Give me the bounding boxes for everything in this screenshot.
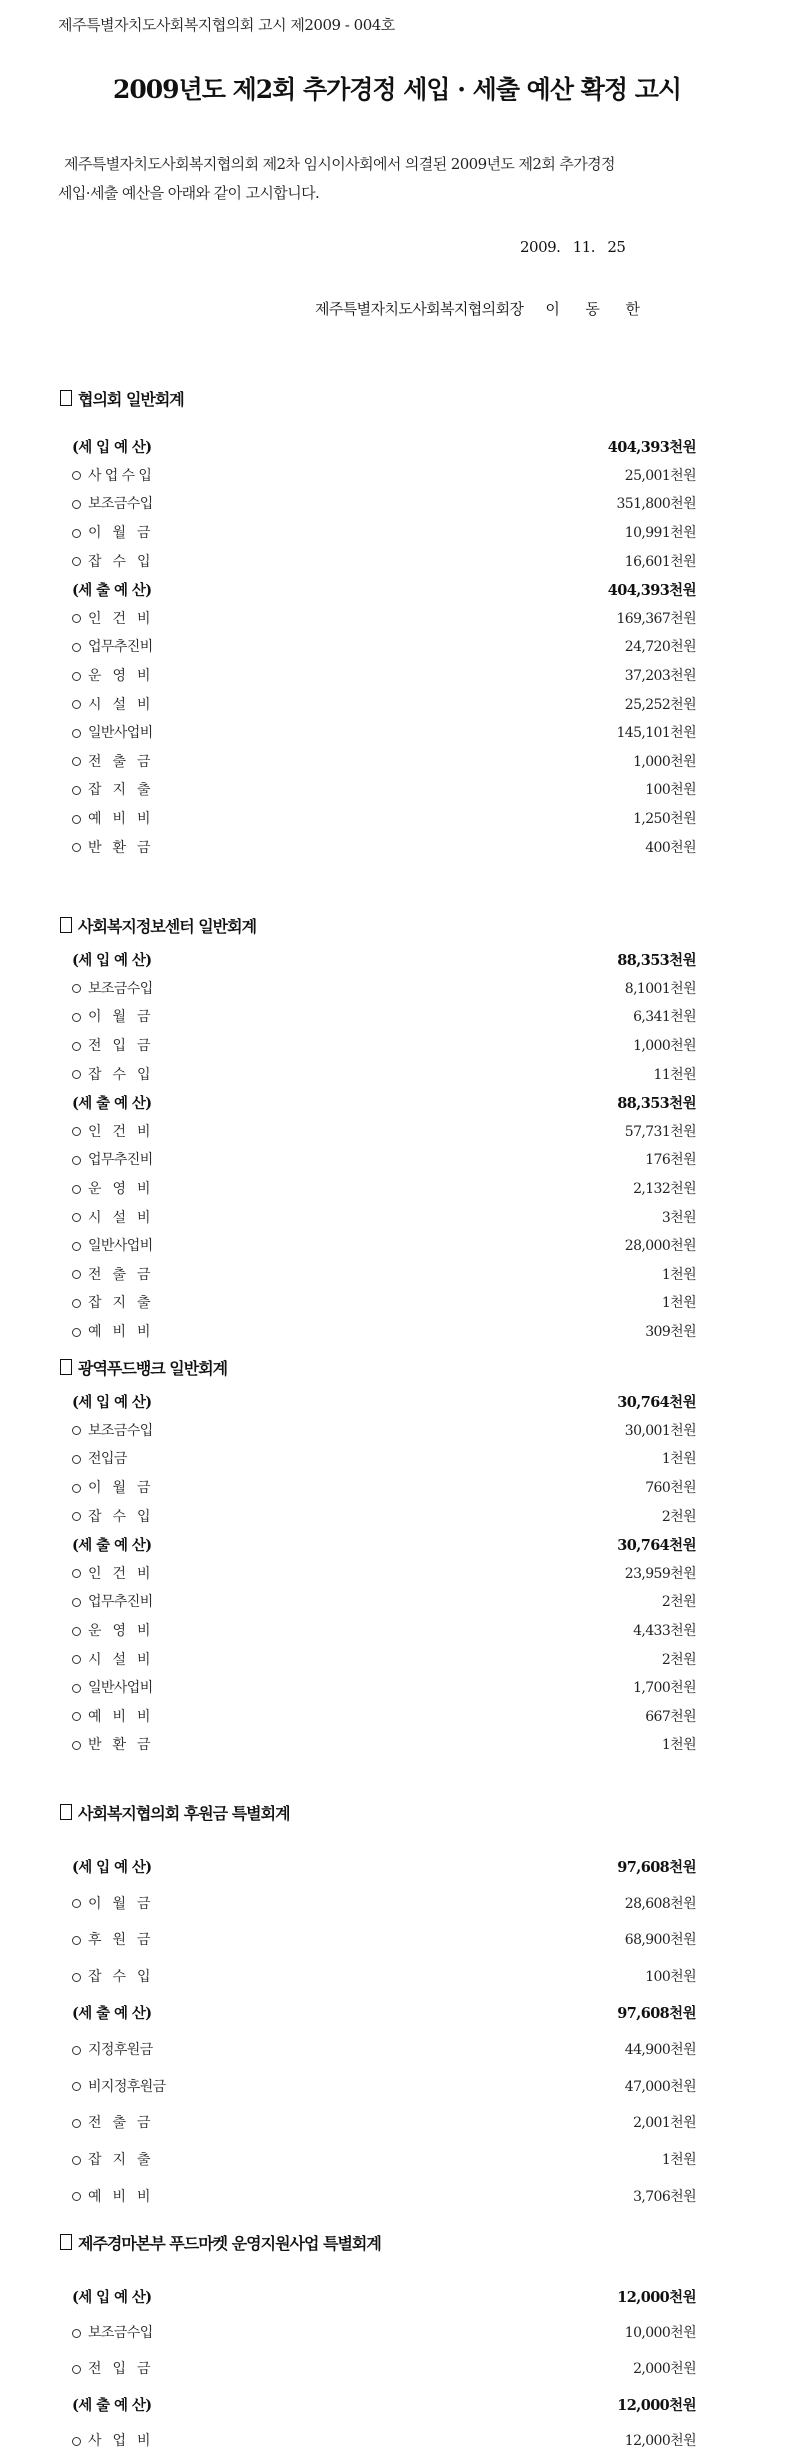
line-item-amount: 57,731천원 xyxy=(625,1121,696,1141)
line-item-label: 반 환 금 xyxy=(88,840,150,856)
line-item-row: 운 영 비37,203천원 xyxy=(60,661,696,690)
line-item-label: 보조금수입 xyxy=(88,496,153,512)
section-foodmarket-special: 제주경마본부 푸드마켓 운영지원사업 특별회계(세 입 예 산)12,000천원… xyxy=(60,2228,696,2458)
line-item-row: 잡 수 입2천원 xyxy=(60,1501,696,1530)
circle-bullet-icon xyxy=(72,1512,81,1521)
line-item-row: 보조금수입10,000천원 xyxy=(60,2314,696,2350)
line-item-row: 잡 수 입16,601천원 xyxy=(60,546,696,575)
revenue-total-row: (세 입 예 산)97,608천원 xyxy=(60,1848,696,1885)
circle-bullet-icon xyxy=(72,1042,81,1051)
line-item-row: 이 월 금28,608천원 xyxy=(60,1885,696,1922)
line-item-label: 인 건 비 xyxy=(88,1566,150,1582)
signature-name: 이 동 한 xyxy=(545,300,639,318)
line-item-amount: 3,706천원 xyxy=(633,2186,696,2206)
section-donation-special: 사회복지협의회 후원금 특별회계(세 입 예 산)97,608천원이 월 금28… xyxy=(60,1798,696,2214)
line-item-label: 지정후원금 xyxy=(88,2042,153,2058)
line-item-label: 잡 수 입 xyxy=(88,1509,150,1525)
section-heading: 사회복지협의회 후원금 특별회계 xyxy=(60,1798,696,1826)
revenue-total-label: (세 입 예 산) xyxy=(72,1856,152,1877)
circle-bullet-icon xyxy=(72,1070,81,1079)
circle-bullet-icon xyxy=(72,2437,81,2446)
circle-bullet-icon xyxy=(72,1973,81,1982)
line-item-amount: 24,720천원 xyxy=(625,636,696,656)
checkbox-square-icon xyxy=(60,2234,72,2250)
line-item-row: 일반사업비1,700천원 xyxy=(60,1673,696,1702)
revenue-total-row: (세 입 예 산)88,353천원 xyxy=(60,945,696,974)
line-item-amount: 2,000천원 xyxy=(633,2358,696,2378)
revenue-total-label: (세 입 예 산) xyxy=(72,1391,152,1412)
line-item-row: 전 출 금1,000천원 xyxy=(60,747,696,776)
line-item-label: 후 원 금 xyxy=(88,1932,150,1948)
line-item-label: 잡 수 입 xyxy=(88,554,150,570)
intro-paragraph: 제주특별자치도사회복지협의회 제2차 임시이사회에서 의결된 2009년도 제2… xyxy=(58,150,698,208)
line-item-amount: 1천원 xyxy=(662,1264,696,1284)
circle-bullet-icon xyxy=(72,471,81,480)
expense-total-amount: 97,608천원 xyxy=(617,2002,696,2023)
circle-bullet-icon xyxy=(72,2119,81,2128)
circle-bullet-icon xyxy=(72,1899,81,1908)
line-item-label: 인 건 비 xyxy=(88,1124,150,1140)
revenue-total-row: (세 입 예 산)12,000천원 xyxy=(60,2278,696,2314)
line-item-amount: 760천원 xyxy=(645,1477,696,1497)
expense-total-row: (세 출 예 산)88,353천원 xyxy=(60,1088,696,1117)
section-heading-text: 제주경마본부 푸드마켓 운영지원사업 특별회계 xyxy=(78,2231,381,2254)
line-item-label: 이 월 금 xyxy=(88,1009,150,1025)
line-item-label: 전 출 금 xyxy=(88,754,150,770)
expense-total-amount: 88,353천원 xyxy=(617,1092,696,1113)
line-item-amount: 100천원 xyxy=(645,779,696,799)
expense-total-row: (세 출 예 산)97,608천원 xyxy=(60,1994,696,2031)
line-item-amount: 16,601천원 xyxy=(625,551,696,571)
circle-bullet-icon xyxy=(72,1328,81,1337)
line-item-label: 시 설 비 xyxy=(88,1210,150,1226)
line-item-label: 이 월 금 xyxy=(88,525,150,541)
line-item-row: 예 비 비3,706천원 xyxy=(60,2177,696,2214)
circle-bullet-icon xyxy=(72,1684,81,1693)
line-item-row: 보조금수입351,800천원 xyxy=(60,489,696,518)
line-item-amount: 169,367천원 xyxy=(616,608,696,628)
line-item-row: 시 설 비25,252천원 xyxy=(60,689,696,718)
expense-total-label: (세 출 예 산) xyxy=(72,579,152,600)
line-item-label: 업무추진비 xyxy=(88,1152,153,1168)
line-item-amount: 37,203천원 xyxy=(625,665,696,685)
checkbox-square-icon xyxy=(60,1359,72,1375)
checkbox-square-icon xyxy=(60,917,72,933)
line-item-label: 전 입 금 xyxy=(88,2361,150,2377)
line-item-label: 일반사업비 xyxy=(88,725,153,741)
expense-total-row: (세 출 예 산)404,393천원 xyxy=(60,575,696,604)
line-item-row: 인 건 비57,731천원 xyxy=(60,1117,696,1146)
line-item-amount: 145,101천원 xyxy=(616,722,696,742)
line-item-amount: 8,1001천원 xyxy=(625,978,696,998)
line-item-row: 인 건 비169,367천원 xyxy=(60,604,696,633)
circle-bullet-icon xyxy=(72,1242,81,1251)
section-heading: 제주경마본부 푸드마켓 운영지원사업 특별회계 xyxy=(60,2228,696,2256)
line-item-row: 보조금수입30,001천원 xyxy=(60,1416,696,1445)
circle-bullet-icon xyxy=(72,2156,81,2165)
line-item-label: 일반사업비 xyxy=(88,1680,153,1696)
line-item-label: 전 출 금 xyxy=(88,2115,150,2131)
line-item-row: 보조금수입8,1001천원 xyxy=(60,974,696,1003)
expense-total-row: (세 출 예 산)30,764천원 xyxy=(60,1530,696,1559)
circle-bullet-icon xyxy=(72,2082,81,2091)
line-item-row: 지정후원금44,900천원 xyxy=(60,2031,696,2068)
circle-bullet-icon xyxy=(72,1712,81,1721)
revenue-total-row: (세 입 예 산)30,764천원 xyxy=(60,1387,696,1416)
section-heading-text: 협의회 일반회계 xyxy=(78,387,184,410)
line-item-label: 이 월 금 xyxy=(88,1896,150,1912)
line-item-label: 운 영 비 xyxy=(88,1181,150,1197)
line-item-label: 이 월 금 xyxy=(88,1480,150,1496)
line-item-label: 예 비 비 xyxy=(88,1324,150,1340)
line-item-amount: 2천원 xyxy=(662,1506,696,1526)
checkbox-square-icon xyxy=(60,1804,72,1820)
line-item-amount: 30,001천원 xyxy=(625,1420,696,1440)
section-heading: 협의회 일반회계 xyxy=(60,384,696,412)
circle-bullet-icon xyxy=(72,2192,81,2201)
line-item-label: 잡 지 출 xyxy=(88,1295,150,1311)
circle-bullet-icon xyxy=(72,557,81,566)
circle-bullet-icon xyxy=(72,1655,81,1664)
line-item-amount: 1천원 xyxy=(662,1734,696,1754)
line-item-row: 반 환 금400천원 xyxy=(60,832,696,861)
line-item-row: 후 원 금68,900천원 xyxy=(60,1921,696,1958)
line-item-amount: 2,001천원 xyxy=(633,2112,696,2132)
revenue-total-label: (세 입 예 산) xyxy=(72,436,152,457)
line-item-amount: 1,250천원 xyxy=(633,808,696,828)
line-item-row: 이 월 금760천원 xyxy=(60,1473,696,1502)
line-item-label: 시 설 비 xyxy=(88,697,150,713)
line-item-amount: 2천원 xyxy=(662,1649,696,1669)
line-item-row: 예 비 비1,250천원 xyxy=(60,804,696,833)
line-item-amount: 10,000천원 xyxy=(625,2322,696,2342)
line-item-label: 예 비 비 xyxy=(88,811,150,827)
line-item-label: 사 업 비 xyxy=(88,2433,150,2449)
line-item-amount: 1,700천원 xyxy=(633,1677,696,1697)
line-item-amount: 47,000천원 xyxy=(625,2076,696,2096)
line-item-label: 보조금수입 xyxy=(88,2325,153,2341)
line-item-amount: 23,959천원 xyxy=(625,1563,696,1583)
circle-bullet-icon xyxy=(72,614,81,623)
circle-bullet-icon xyxy=(72,2329,81,2338)
section-heading-text: 사회복지정보센터 일반회계 xyxy=(78,914,256,937)
line-item-amount: 10,991천원 xyxy=(625,522,696,542)
line-item-row: 시 설 비3천원 xyxy=(60,1202,696,1231)
line-item-amount: 400천원 xyxy=(645,837,696,857)
line-item-row: 업무추진비2천원 xyxy=(60,1587,696,1616)
circle-bullet-icon xyxy=(72,1598,81,1607)
section-heading: 사회복지정보센터 일반회계 xyxy=(60,911,696,939)
line-item-amount: 2,132천원 xyxy=(633,1178,696,1198)
line-item-amount: 3천원 xyxy=(662,1207,696,1227)
line-item-label: 운 영 비 xyxy=(88,668,150,684)
intro-line-1: 제주특별자치도사회복지협의회 제2차 임시이사회에서 의결된 2009년도 제2… xyxy=(58,150,698,179)
circle-bullet-icon xyxy=(72,643,81,652)
section-heading-text: 사회복지협의회 후원금 특별회계 xyxy=(78,1801,290,1824)
line-item-label: 일반사업비 xyxy=(88,1238,153,1254)
circle-bullet-icon xyxy=(72,1627,81,1636)
line-item-row: 운 영 비4,433천원 xyxy=(60,1616,696,1645)
revenue-total-amount: 12,000천원 xyxy=(617,2286,696,2307)
line-item-amount: 1천원 xyxy=(662,2149,696,2169)
line-item-amount: 2천원 xyxy=(662,1591,696,1611)
circle-bullet-icon xyxy=(72,1213,81,1222)
line-item-row: 일반사업비28,000천원 xyxy=(60,1231,696,1260)
expense-total-row: (세 출 예 산)12,000천원 xyxy=(60,2386,696,2422)
line-item-amount: 25,252천원 xyxy=(625,694,696,714)
line-item-label: 전입금 xyxy=(88,1451,127,1467)
circle-bullet-icon xyxy=(72,1127,81,1136)
revenue-total-amount: 88,353천원 xyxy=(617,949,696,970)
line-item-label: 잡 수 입 xyxy=(88,1969,150,1985)
line-item-label: 전 출 금 xyxy=(88,1267,150,1283)
expense-total-label: (세 출 예 산) xyxy=(72,2394,152,2415)
line-item-label: 비지정후원금 xyxy=(88,2079,166,2095)
line-item-amount: 68,900천원 xyxy=(625,1929,696,1949)
line-item-row: 이 월 금10,991천원 xyxy=(60,518,696,547)
revenue-total-amount: 30,764천원 xyxy=(617,1391,696,1412)
line-item-row: 반 환 금1천원 xyxy=(60,1730,696,1759)
line-item-amount: 309천원 xyxy=(645,1321,696,1341)
line-item-amount: 667천원 xyxy=(645,1706,696,1726)
revenue-total-row: (세 입 예 산)404,393천원 xyxy=(60,432,696,461)
line-item-label: 인 건 비 xyxy=(88,611,150,627)
line-item-row: 전 출 금2,001천원 xyxy=(60,2104,696,2141)
line-item-amount: 1천원 xyxy=(662,1448,696,1468)
revenue-total-label: (세 입 예 산) xyxy=(72,949,152,970)
line-item-row: 잡 수 입100천원 xyxy=(60,1958,696,1995)
line-item-label: 반 환 금 xyxy=(88,1737,150,1753)
line-item-row: 운 영 비2,132천원 xyxy=(60,1174,696,1203)
expense-total-amount: 404,393천원 xyxy=(608,579,696,600)
circle-bullet-icon xyxy=(72,1270,81,1279)
expense-total-label: (세 출 예 산) xyxy=(72,1534,152,1555)
line-item-label: 업무추진비 xyxy=(88,1594,153,1610)
circle-bullet-icon xyxy=(72,700,81,709)
circle-bullet-icon xyxy=(72,1484,81,1493)
circle-bullet-icon xyxy=(72,729,81,738)
line-item-amount: 176천원 xyxy=(645,1149,696,1169)
line-item-row: 업무추진비176천원 xyxy=(60,1145,696,1174)
line-item-amount: 100천원 xyxy=(645,1966,696,1986)
line-item-label: 시 설 비 xyxy=(88,1652,150,1668)
line-item-label: 예 비 비 xyxy=(88,1709,150,1725)
line-item-amount: 11천원 xyxy=(654,1064,696,1084)
line-item-label: 예 비 비 xyxy=(88,2189,150,2205)
circle-bullet-icon xyxy=(72,1013,81,1022)
line-item-row: 인 건 비23,959천원 xyxy=(60,1559,696,1588)
line-item-amount: 6,341천원 xyxy=(633,1006,696,1026)
circle-bullet-icon xyxy=(72,786,81,795)
document-number: 제주특별자치도사회복지협의회 고시 제2009 - 004호 xyxy=(58,14,395,35)
circle-bullet-icon xyxy=(72,1741,81,1750)
checkbox-square-icon xyxy=(60,390,72,406)
line-item-row: 잡 지 출1천원 xyxy=(60,1288,696,1317)
line-item-label: 보조금수입 xyxy=(88,981,153,997)
line-item-row: 일반사업비145,101천원 xyxy=(60,718,696,747)
line-item-amount: 28,608천원 xyxy=(625,1893,696,1913)
signature: 제주특별자치도사회복지협의회장이 동 한 xyxy=(315,298,639,319)
line-item-row: 전 입 금2,000천원 xyxy=(60,2350,696,2386)
line-item-row: 잡 지 출1천원 xyxy=(60,2141,696,2178)
circle-bullet-icon xyxy=(72,1936,81,1945)
line-item-amount: 28,000천원 xyxy=(625,1235,696,1255)
line-item-amount: 4,433천원 xyxy=(633,1620,696,1640)
line-item-label: 업무추진비 xyxy=(88,639,153,655)
line-item-amount: 44,900천원 xyxy=(625,2039,696,2059)
signature-org: 제주특별자치도사회복지협의회장 xyxy=(315,300,523,318)
line-item-row: 사 업 수 입25,001천원 xyxy=(60,461,696,490)
section-heading-text: 광역푸드뱅크 일반회계 xyxy=(78,1356,227,1379)
line-item-row: 잡 지 출100천원 xyxy=(60,775,696,804)
expense-total-label: (세 출 예 산) xyxy=(72,1092,152,1113)
circle-bullet-icon xyxy=(72,1299,81,1308)
circle-bullet-icon xyxy=(72,2046,81,2055)
line-item-row: 예 비 비309천원 xyxy=(60,1317,696,1346)
line-item-row: 사 업 비12,000천원 xyxy=(60,2422,696,2458)
line-item-row: 전 입 금1,000천원 xyxy=(60,1031,696,1060)
revenue-total-label: (세 입 예 산) xyxy=(72,2286,152,2307)
page-title: 2009년도 제2회 추가경정 세입 · 세출 예산 확정 고시 xyxy=(0,70,794,106)
revenue-total-amount: 404,393천원 xyxy=(608,436,696,457)
line-item-row: 이 월 금6,341천원 xyxy=(60,1002,696,1031)
line-item-amount: 1,000천원 xyxy=(633,1035,696,1055)
line-item-row: 전입금1천원 xyxy=(60,1444,696,1473)
line-item-row: 시 설 비2천원 xyxy=(60,1644,696,1673)
line-item-label: 운 영 비 xyxy=(88,1623,150,1639)
line-item-label: 사 업 수 입 xyxy=(88,468,151,484)
section-heading: 광역푸드뱅크 일반회계 xyxy=(60,1353,696,1381)
circle-bullet-icon xyxy=(72,2365,81,2374)
line-item-label: 전 입 금 xyxy=(88,1038,150,1054)
line-item-row: 잡 수 입11천원 xyxy=(60,1059,696,1088)
circle-bullet-icon xyxy=(72,1156,81,1165)
section-council-general: 협의회 일반회계(세 입 예 산)404,393천원사 업 수 입25,001천… xyxy=(60,384,696,861)
circle-bullet-icon xyxy=(72,984,81,993)
line-item-amount: 351,800천원 xyxy=(616,493,696,513)
line-item-row: 예 비 비667천원 xyxy=(60,1702,696,1731)
expense-total-amount: 30,764천원 xyxy=(617,1534,696,1555)
line-item-amount: 1천원 xyxy=(662,1292,696,1312)
line-item-label: 잡 수 입 xyxy=(88,1067,150,1083)
circle-bullet-icon xyxy=(72,843,81,852)
line-item-label: 잡 지 출 xyxy=(88,2152,150,2168)
line-item-label: 잡 지 출 xyxy=(88,782,150,798)
circle-bullet-icon xyxy=(72,1185,81,1194)
intro-line-2: 세입·세출 예산을 아래와 같이 고시합니다. xyxy=(58,179,698,208)
circle-bullet-icon xyxy=(72,1569,81,1578)
section-info-center-general: 사회복지정보센터 일반회계(세 입 예 산)88,353천원보조금수입8,100… xyxy=(60,911,696,1345)
line-item-amount: 12,000천원 xyxy=(625,2430,696,2450)
line-item-label: 보조금수입 xyxy=(88,1423,153,1439)
line-item-row: 업무추진비24,720천원 xyxy=(60,632,696,661)
circle-bullet-icon xyxy=(72,815,81,824)
line-item-amount: 25,001천원 xyxy=(625,465,696,485)
line-item-amount: 1,000천원 xyxy=(633,751,696,771)
circle-bullet-icon xyxy=(72,672,81,681)
notice-date: 2009. 11. 25 xyxy=(520,238,625,256)
circle-bullet-icon xyxy=(72,529,81,538)
line-item-row: 전 출 금1천원 xyxy=(60,1260,696,1289)
circle-bullet-icon xyxy=(72,1455,81,1464)
expense-total-amount: 12,000천원 xyxy=(617,2394,696,2415)
circle-bullet-icon xyxy=(72,500,81,509)
section-foodbank-general: 광역푸드뱅크 일반회계(세 입 예 산)30,764천원보조금수입30,001천… xyxy=(60,1353,696,1759)
revenue-total-amount: 97,608천원 xyxy=(617,1856,696,1877)
line-item-row: 비지정후원금47,000천원 xyxy=(60,2068,696,2105)
circle-bullet-icon xyxy=(72,757,81,766)
circle-bullet-icon xyxy=(72,1426,81,1435)
expense-total-label: (세 출 예 산) xyxy=(72,2002,152,2023)
